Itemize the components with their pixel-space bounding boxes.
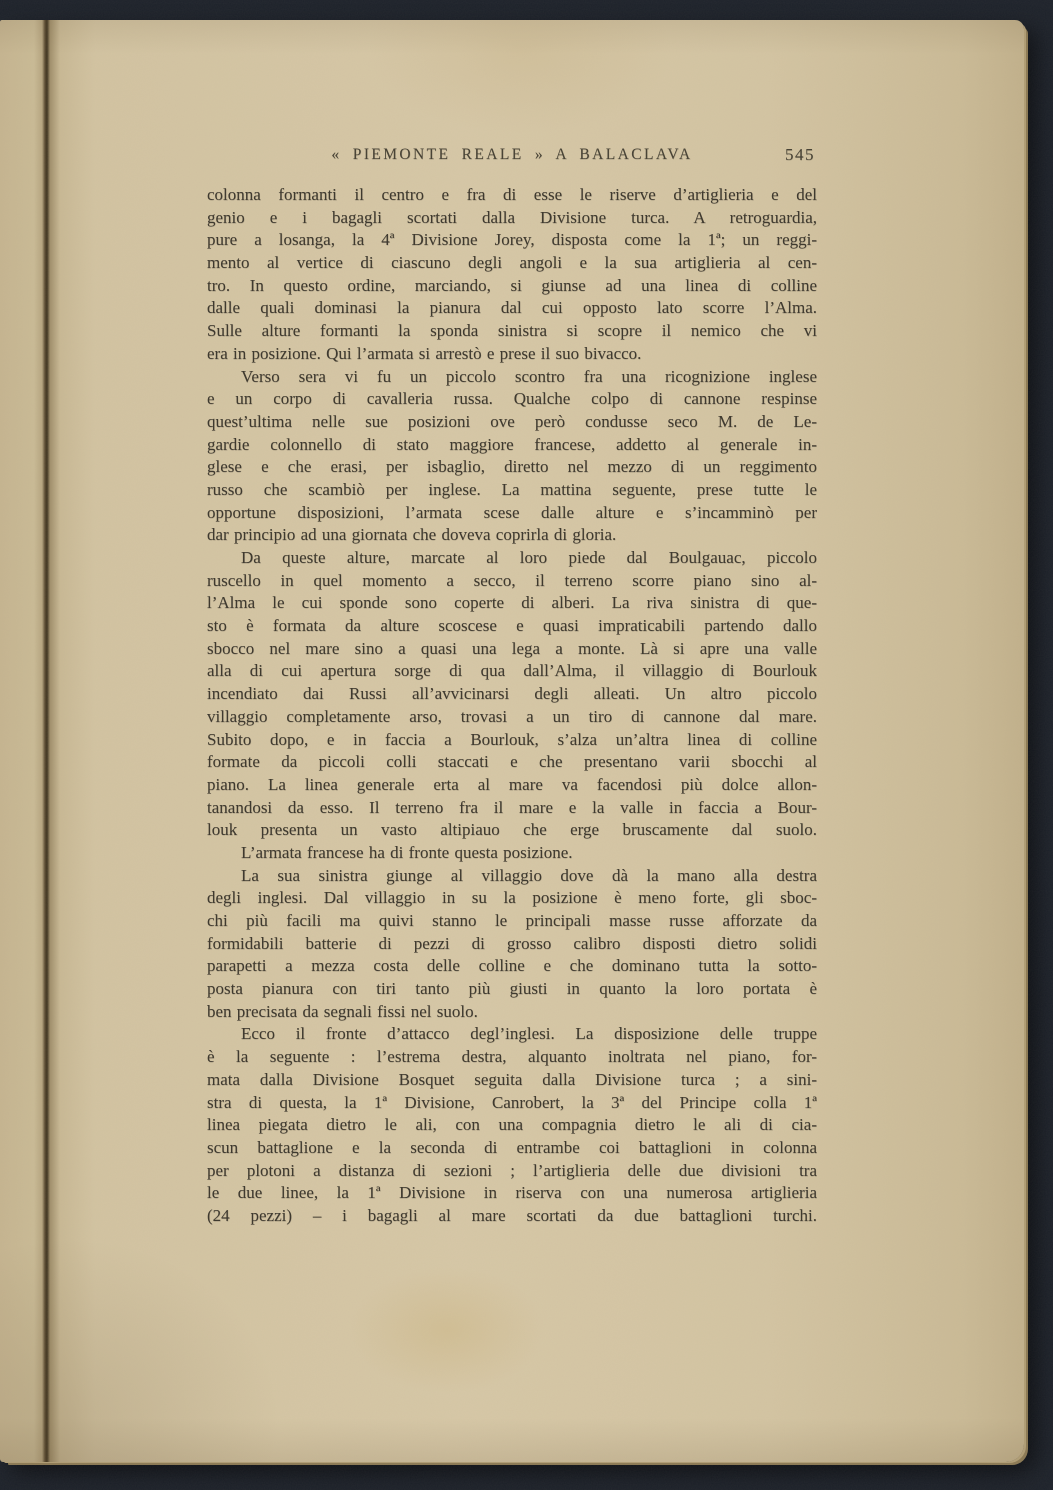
text-line: posta pianura con tiri tanto più giusti … — [207, 978, 817, 1001]
text-line: tro. In questo ordine, marciando, si giu… — [207, 275, 817, 298]
text-line: villaggio completamente arso, trovasi a … — [207, 706, 817, 729]
text-line: è la seguente : l’estrema destra, alquan… — [207, 1046, 817, 1069]
scanned-book-photo: « PIEMONTE REALE » A BALACLAVA 545 colon… — [0, 0, 1053, 1490]
text-line: louk presenta un vasto altipiauo che erg… — [207, 819, 817, 842]
text-line: glese e che erasi, per isbaglio, diretto… — [207, 456, 817, 479]
text-line: parapetti a mezza costa delle colline e … — [207, 955, 817, 978]
text-line: dar principio ad una giornata che doveva… — [207, 524, 817, 547]
text-line: Da queste alture, marcate al loro piede … — [207, 547, 817, 570]
text-line: formidabili batterie di pezzi di grosso … — [207, 933, 817, 956]
text-line: era in posizione. Qui l’armata si arrest… — [207, 343, 817, 366]
running-header: « PIEMONTE REALE » A BALACLAVA 545 — [207, 146, 817, 168]
text-line: colonna formanti il centro e fra di esse… — [207, 184, 817, 207]
text-line: formate da piccoli colli staccati e che … — [207, 751, 817, 774]
text-line: Sulle alture formanti la sponda sinistra… — [207, 320, 817, 343]
text-line: linea piegata dietro le ali, con una com… — [207, 1114, 817, 1137]
text-line: scun battaglione e la seconda di entramb… — [207, 1137, 817, 1160]
text-line: degli inglesi. Dal villaggio in su la po… — [207, 887, 817, 910]
text-line: pure a losanga, la 4ª Divisione Jorey, d… — [207, 229, 817, 252]
text-line: ruscello in quel momento a secco, il ter… — [207, 570, 817, 593]
text-line: sto è formata da alture scoscese e quasi… — [207, 615, 817, 638]
text-line: mento al vertice di ciascuno degli angol… — [207, 252, 817, 275]
text-line: russo che scambiò per inglese. La mattin… — [207, 479, 817, 502]
page-number: 545 — [785, 145, 815, 165]
text-line: Verso sera vi fu un piccolo scontro fra … — [207, 366, 817, 389]
text-line: le due linee, la 1ª Divisione in riserva… — [207, 1182, 817, 1205]
text-line: ben precisata da segnali fissi nel suolo… — [207, 1001, 817, 1024]
text-line: La sua sinistra giunge al villaggio dove… — [207, 865, 817, 888]
text-line: incendiato dai Russi all’avvicinarsi deg… — [207, 683, 817, 706]
running-header-title: « PIEMONTE REALE » A BALACLAVA — [207, 146, 817, 164]
text-line: Ecco il fronte d’attacco degl’inglesi. L… — [207, 1023, 817, 1046]
text-line: e un corpo di cavalleria russa. Qualche … — [207, 388, 817, 411]
body-text: colonna formanti il centro e fra di esse… — [207, 184, 817, 1228]
text-line: L’armata francese ha di fronte questa po… — [207, 842, 817, 865]
text-line: tanandosi da esso. Il terreno fra il mar… — [207, 797, 817, 820]
text-line: sbocco nel mare sino a quasi una lega a … — [207, 638, 817, 661]
text-line: genio e i bagagli scortati dalla Divisio… — [207, 207, 817, 230]
book-page: « PIEMONTE REALE » A BALACLAVA 545 colon… — [0, 20, 1024, 1462]
text-line: mata dalla Divisione Bosquet seguita dal… — [207, 1069, 817, 1092]
text-line: Subito dopo, e in faccia a Bourlouk, s’a… — [207, 729, 817, 752]
text-line: piano. La linea generale erta al mare va… — [207, 774, 817, 797]
text-line: dalle quali dominasi la pianura dal cui … — [207, 297, 817, 320]
text-line: stra di questa, la 1ª Divisione, Canrobe… — [207, 1092, 817, 1115]
text-line: opportune disposizioni, l’armata scese d… — [207, 502, 817, 525]
text-line: quest’ultima nelle sue posizioni ove per… — [207, 411, 817, 434]
text-line: gardie colonnello di stato maggiore fran… — [207, 434, 817, 457]
text-line: alla di cui apertura sorge di qua dall’A… — [207, 660, 817, 683]
text-line: l’Alma le cui sponde sono coperte di alb… — [207, 592, 817, 615]
text-line: per plotoni a distanza di sezioni ; l’ar… — [207, 1160, 817, 1183]
text-line: chi più facili ma quivi stanno le princi… — [207, 910, 817, 933]
text-line: (24 pezzi) – i bagagli al mare scortati … — [207, 1205, 817, 1228]
